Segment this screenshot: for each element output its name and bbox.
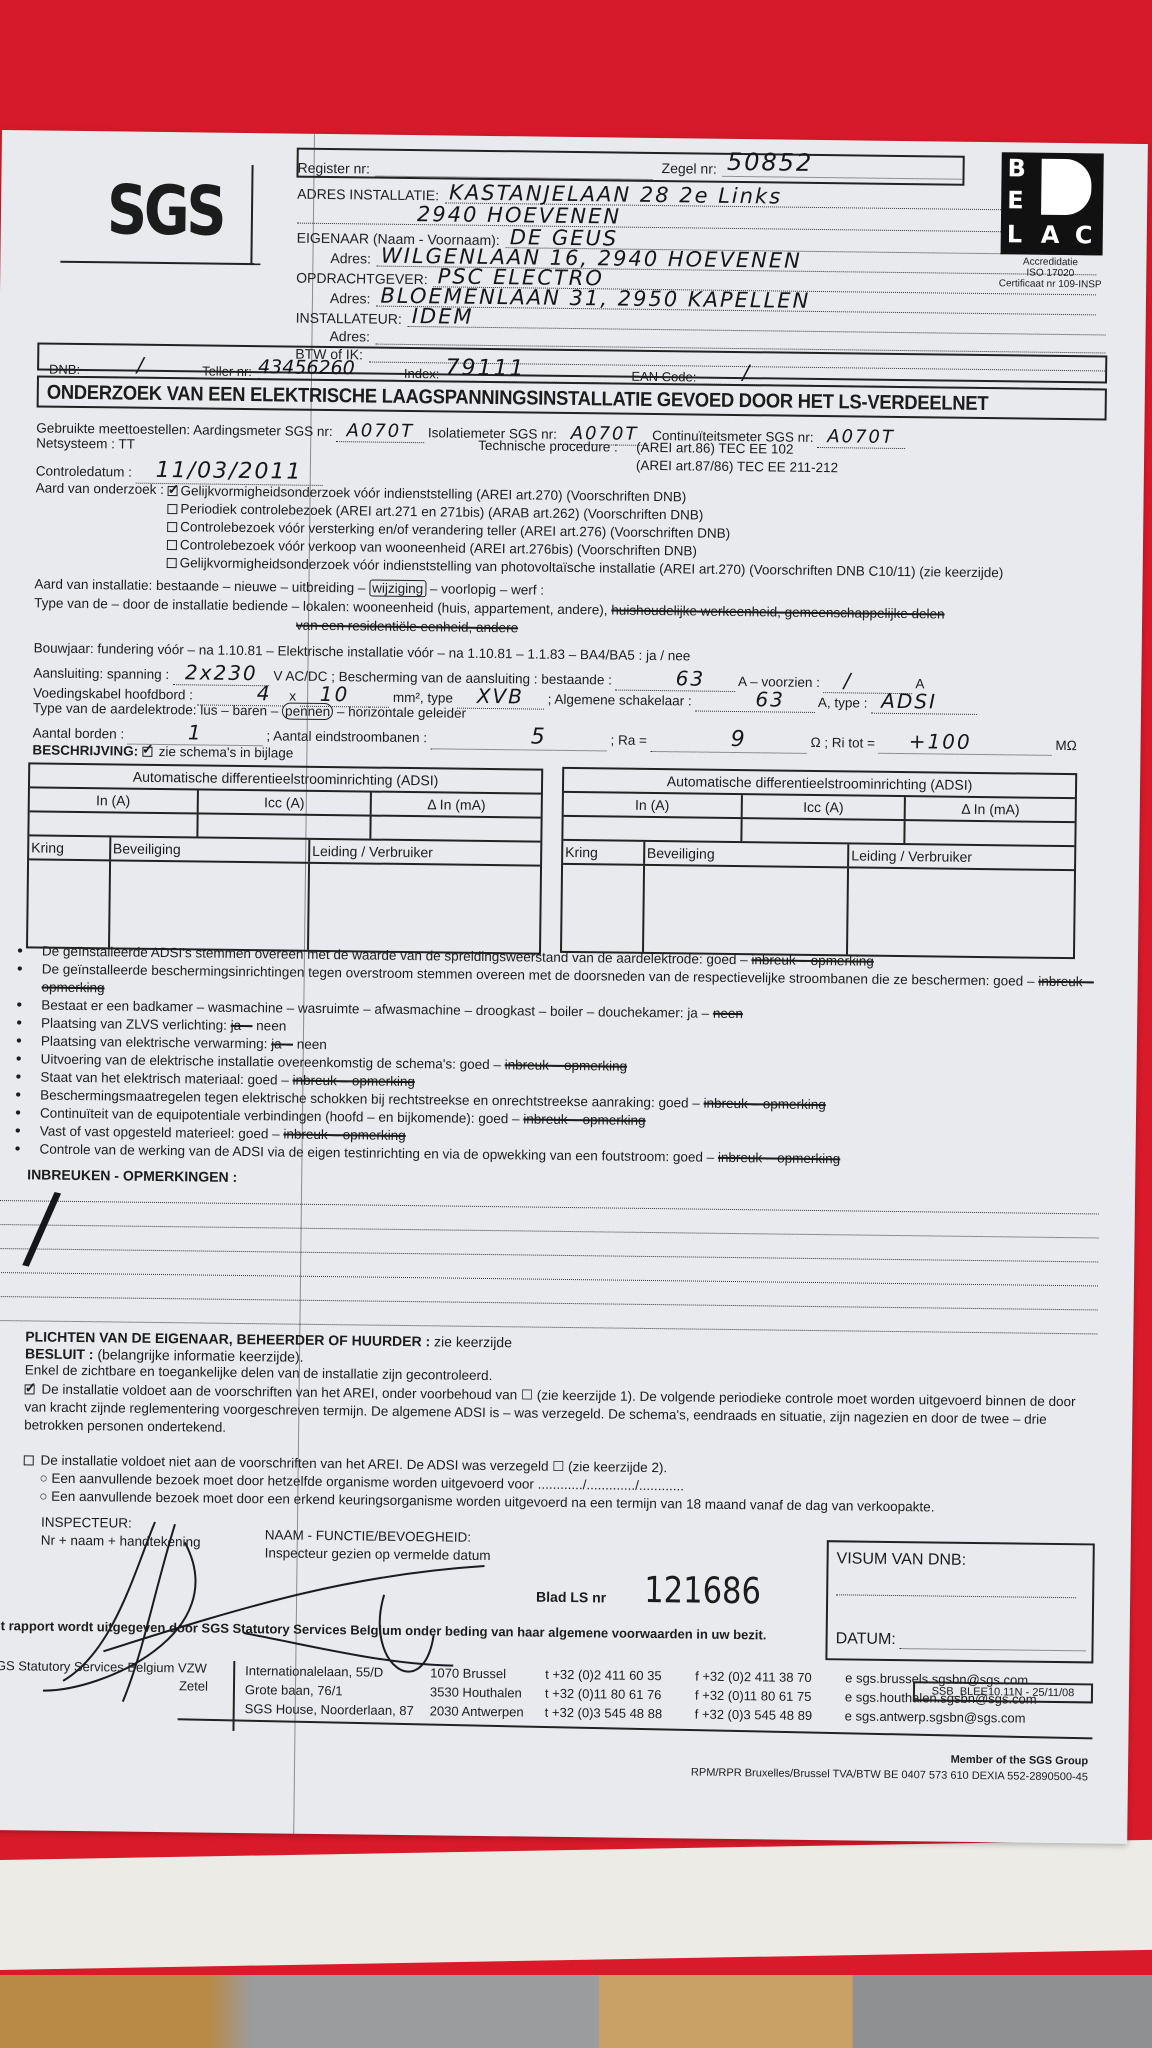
procedure-2: (AREI art.87/86) TEC EE 211-212 bbox=[636, 458, 838, 475]
enkel-text: Enkel de zichtbare en toegankelijke dele… bbox=[25, 1362, 493, 1383]
logo-vertical-line bbox=[250, 165, 253, 265]
struck-option: inbreuk – opmerking bbox=[283, 1127, 406, 1143]
continuiteitsmeter-field[interactable]: A070T bbox=[817, 426, 905, 449]
voldoet-niet-checkbox[interactable] bbox=[24, 1455, 34, 1465]
zegel-value: 50852 bbox=[727, 148, 814, 177]
office-street: SGS House, Noorderlaan, 87 bbox=[245, 1699, 430, 1720]
kring-cell[interactable] bbox=[28, 860, 111, 947]
adsi-in-cell[interactable] bbox=[29, 812, 198, 836]
blad-label: Blad LS nr bbox=[536, 1589, 606, 1606]
office-street: Internationalelaan, 55/D bbox=[245, 1661, 430, 1682]
background-red-folder bbox=[0, 0, 1152, 140]
struck-option: inbreuk – opmerking bbox=[505, 1057, 628, 1073]
beveiliging-cell[interactable] bbox=[110, 861, 310, 949]
inspection-checks: De geïnstalleerde ADSI's stemmen overeen… bbox=[9, 942, 1102, 1171]
inbreuken-line[interactable] bbox=[0, 1224, 1099, 1238]
voldoet-option: De installatie voldoet aan de voorschrif… bbox=[24, 1380, 1095, 1447]
voldoet-checkbox[interactable] bbox=[25, 1384, 35, 1394]
besluit-row: BESLUIT : (belangrijke informatie keerzi… bbox=[25, 1345, 304, 1364]
office-tel: t +32 (0)2 411 60 35 bbox=[545, 1665, 695, 1686]
leiding-cell[interactable] bbox=[309, 864, 540, 953]
belac-caption: Accredidatie ISO 17020 Certificaat nr 10… bbox=[985, 256, 1115, 291]
legal-text: RPM/RPR Bruxelles/Brussel TVA/BTW BE 040… bbox=[691, 1767, 1088, 1784]
adsi-table-right: Automatische differentieelstroominrichti… bbox=[560, 767, 1077, 959]
struck-option: inbreuk – opmerking bbox=[292, 1073, 415, 1089]
sgs-logo: SGS bbox=[107, 171, 224, 251]
adsi-delta-cell[interactable] bbox=[906, 821, 1075, 845]
radio-icon[interactable]: ○ bbox=[39, 1471, 47, 1486]
office-city: 2030 Antwerpen bbox=[430, 1701, 545, 1721]
ri-field[interactable]: +100 bbox=[879, 729, 1052, 756]
checkbox-icon[interactable] bbox=[167, 522, 177, 532]
company-name: SGS Statutory Services Belgium VZW bbox=[0, 1658, 207, 1676]
teller-field[interactable]: 43456260 bbox=[258, 356, 398, 381]
office-tel: t +32 (0)3 545 48 88 bbox=[545, 1703, 695, 1724]
office-list: Internationalelaan, 55/D1070 Brusselt +3… bbox=[245, 1661, 1096, 1728]
zegel-field[interactable]: Zegel nr: 50852 bbox=[661, 154, 961, 180]
register-field[interactable]: Register nr: bbox=[297, 154, 652, 180]
procedure-1: (AREI art.86) TEC EE 102 bbox=[636, 440, 793, 457]
schakelaar-type-field[interactable]: ADSI bbox=[871, 689, 977, 715]
office-email[interactable]: e sgs.antwerp.sgsbn@sgs.com bbox=[845, 1706, 1075, 1728]
datum-field[interactable]: DATUM: bbox=[836, 1630, 1086, 1651]
office-fax: f +32 (0)2 411 38 70 bbox=[695, 1667, 845, 1688]
struck-option: inbreuk – opmerking bbox=[523, 1111, 646, 1127]
onderzoek-label: Aard van onderzoek : bbox=[36, 480, 165, 497]
adsi-icc-cell[interactable] bbox=[742, 819, 906, 843]
office-fax: f +32 (0)3 545 48 89 bbox=[695, 1705, 845, 1726]
office-fax: f +32 (0)11 80 61 75 bbox=[695, 1686, 845, 1707]
eindstroombanen-field[interactable]: 5 bbox=[431, 723, 607, 751]
ra-field[interactable]: 9 bbox=[651, 726, 807, 754]
kring-cell[interactable] bbox=[562, 865, 645, 952]
inbreuken-line[interactable] bbox=[0, 1272, 1098, 1286]
type-bediende-row-2: van een residentiële eenheid, andere bbox=[296, 618, 518, 636]
struck-option: ja – bbox=[271, 1036, 293, 1051]
checkbox-icon[interactable] bbox=[167, 540, 177, 550]
logo-underline bbox=[60, 261, 260, 265]
procedure-label: Technische procedure : bbox=[478, 438, 618, 455]
inspection-report-paper: SGS Register nr: Zegel nr: 50852 ADRES I… bbox=[0, 130, 1148, 1844]
belac-logo: B E L A C bbox=[1001, 152, 1104, 255]
struck-option: inbreuk – opmerking bbox=[718, 1150, 841, 1166]
office-city: 3530 Houthalen bbox=[430, 1682, 545, 1702]
onderzoek-options: Gelijkvormigheidsonderzoek vóór indienst… bbox=[167, 482, 1005, 582]
beschrijving-row: BESCHRIJVING: zie schema's in bijlage bbox=[32, 742, 293, 760]
office-city: 1070 Brussel bbox=[430, 1663, 545, 1683]
inbreuken-line[interactable] bbox=[0, 1296, 1098, 1310]
office-street: Grote baan, 76/1 bbox=[245, 1680, 430, 1701]
dnb-field[interactable]: / bbox=[86, 352, 196, 378]
aard-selected[interactable]: wijziging bbox=[369, 580, 426, 598]
aardingsmeter-field[interactable]: A070T bbox=[336, 420, 424, 443]
background-table-edge bbox=[0, 1840, 1152, 1970]
visum-line[interactable] bbox=[836, 1594, 1076, 1598]
visum-dnb-box: VISUM VAN DNB: DATUM: bbox=[825, 1540, 1094, 1663]
adsi-icc-cell[interactable] bbox=[198, 814, 372, 838]
background-floor bbox=[0, 1975, 1152, 2048]
report-title: ONDERZOEK VAN EEN ELEKTRISCHE LAAGSPANNI… bbox=[47, 382, 989, 417]
struck-option: inbreuk – opmerking bbox=[751, 952, 874, 968]
blad-number: 121686 bbox=[644, 1570, 761, 1612]
checkbox-icon[interactable] bbox=[167, 558, 177, 568]
kabel-type-field[interactable]: XVB bbox=[457, 684, 544, 710]
inbreuken-line[interactable] bbox=[0, 1248, 1098, 1262]
belac-b-shape bbox=[1041, 159, 1092, 216]
struck-option: ja – bbox=[231, 1018, 253, 1033]
leiding-cell[interactable] bbox=[848, 868, 1074, 957]
checkbox-icon[interactable] bbox=[167, 504, 177, 514]
inbreuken-slash: / bbox=[20, 1169, 66, 1285]
schakelaar-field[interactable]: 63 bbox=[695, 687, 815, 713]
struck-option: neen bbox=[713, 1006, 743, 1021]
aanvullend-2: ○ Een aanvullende bezoek moet door een e… bbox=[39, 1489, 934, 1515]
adsi-table-left: Automatische differentieelstroominrichti… bbox=[26, 762, 543, 954]
aardelektrode-selected[interactable]: pennen bbox=[282, 702, 333, 720]
struck-option: inbreuk – opmerking bbox=[703, 1096, 826, 1112]
checkbox-icon[interactable] bbox=[168, 486, 178, 496]
adsi-delta-cell[interactable] bbox=[372, 817, 541, 841]
beschrijving-checkbox[interactable] bbox=[142, 747, 152, 757]
radio-icon[interactable]: ○ bbox=[39, 1489, 47, 1504]
office-tel: t +32 (0)11 80 61 76 bbox=[545, 1684, 695, 1705]
adsi-in-cell[interactable] bbox=[563, 817, 742, 841]
inbreuken-line[interactable] bbox=[0, 1200, 1099, 1214]
beveiliging-cell[interactable] bbox=[644, 866, 849, 954]
member-text: Member of the SGS Group bbox=[951, 1754, 1089, 1768]
netsysteem: Netsysteem : TT bbox=[36, 435, 135, 451]
zetel: Zetel bbox=[179, 1678, 208, 1693]
index-field[interactable]: 79111 bbox=[445, 355, 625, 383]
